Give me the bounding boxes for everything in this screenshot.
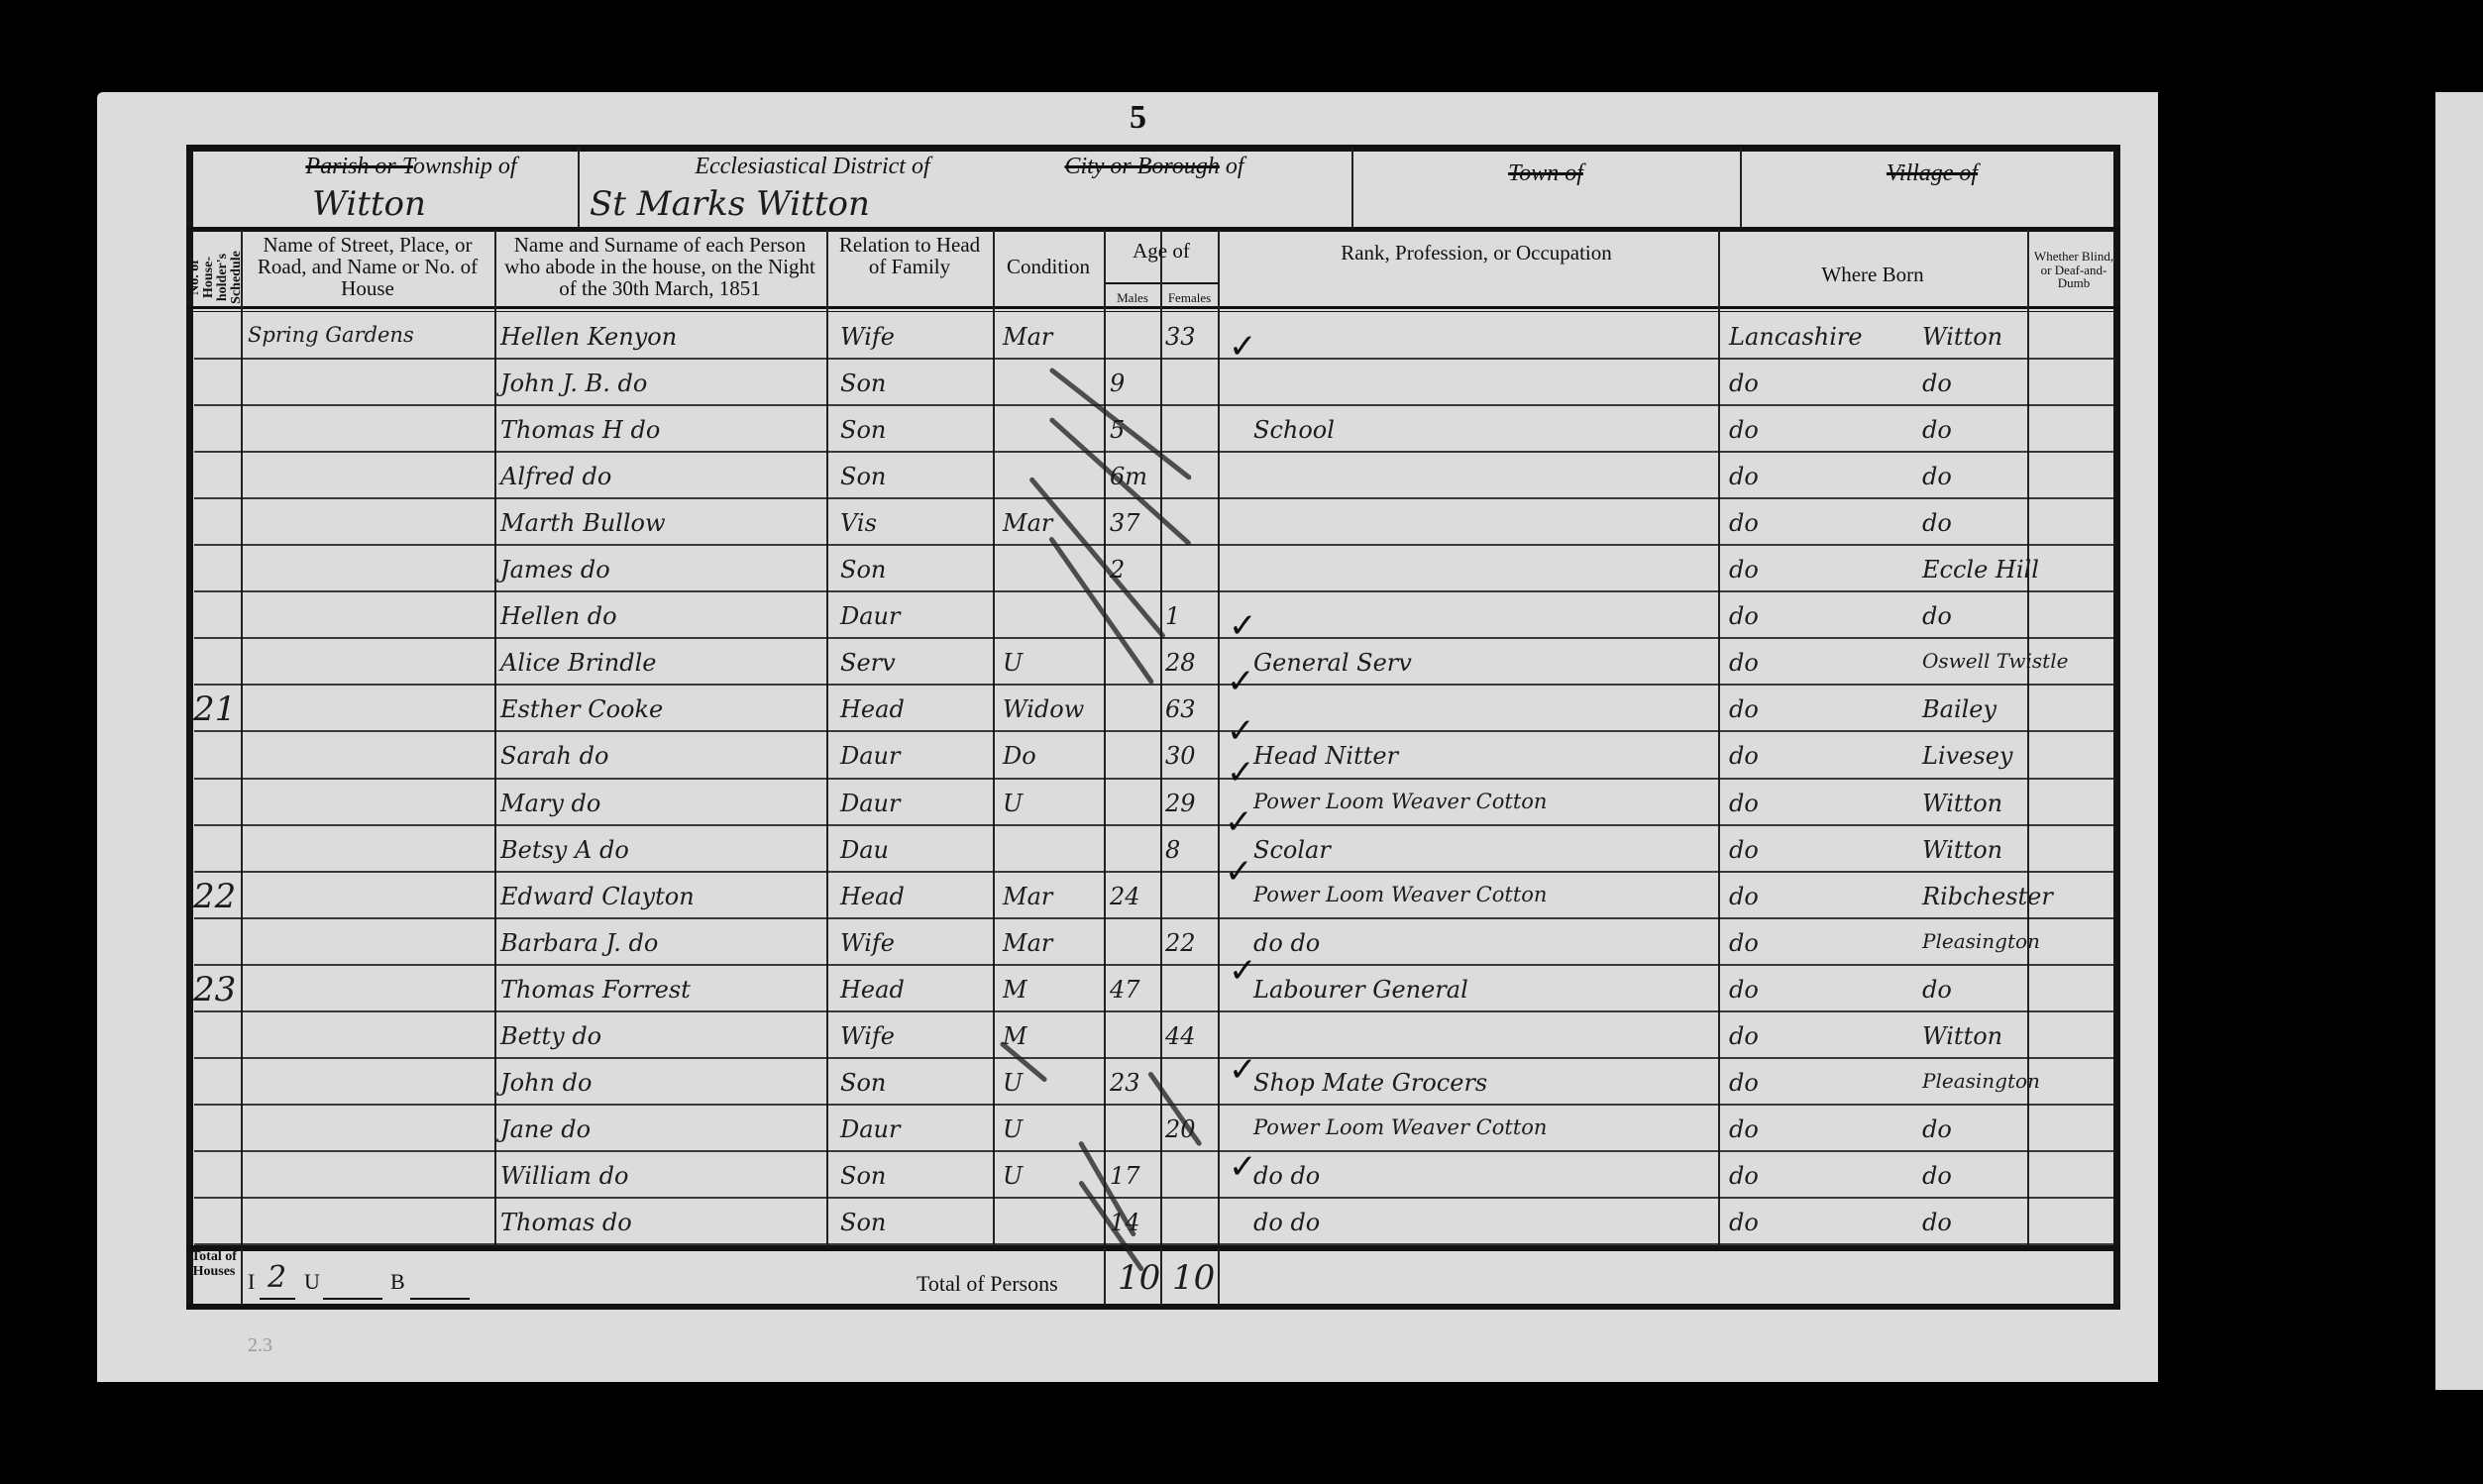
relation: Head [840,883,905,910]
census-table-frame [186,147,2120,1306]
ecclesiastical-label: Ecclesiastical District of [594,155,1030,179]
occupation: Power Loom Weaver Cotton [1253,1115,1547,1139]
female-age: 30 [1165,742,1196,770]
col-header-occupation: Rank, Profession, or Occupation [1298,242,1655,264]
relation: Son [840,1162,886,1190]
totals-age-divider [1218,1248,1220,1306]
totals-age-divider [1104,1248,1106,1306]
corner-mark: 2.3 [248,1335,272,1356]
female-age: 29 [1165,790,1196,817]
row-rule [194,1010,2116,1012]
col-header-age-of: Age of [1105,240,1218,262]
col-header-males: Males [1105,291,1160,305]
relation: Vis [840,509,877,537]
born-place: do [1922,370,1952,397]
total-houses-label: Total of Houses [188,1250,240,1279]
parish-struck: Parish or T [305,154,413,179]
person-name: Mary do [500,790,600,817]
rule-header-bottom [186,306,2120,309]
relation: Dau [840,836,889,864]
column-divider [826,230,828,1246]
person-name: William do [500,1162,628,1190]
male-age: 9 [1110,370,1125,397]
column-divider [1718,230,1720,1246]
ecclesiastical-value: St Marks Witton [590,184,870,224]
occupation: General Serv [1253,649,1412,677]
born-place: do [1922,1209,1952,1236]
occupation: Scolar [1253,836,1331,864]
female-age: 8 [1165,836,1180,864]
condition: U [1003,1115,1023,1143]
relation: Wife [840,323,895,351]
column-divider [2027,230,2029,1246]
relation: Daur [840,602,900,630]
col-header-schedule: No. of House-holder's Schedule [188,238,238,317]
male-age: 23 [1110,1069,1140,1097]
row-rule [194,917,2116,919]
row-rule [194,497,2116,499]
born-county: do [1729,836,1759,864]
born-place: do [1922,976,1952,1004]
city-rest: of [1220,154,1244,179]
person-name: John J. B. do [500,370,647,397]
born-place: Eccle Hill [1922,556,2039,583]
row-rule [194,358,2116,360]
relation: Son [840,416,886,444]
relation: Son [840,370,886,397]
born-county: do [1729,1115,1759,1143]
total-persons-label: Total of Persons [917,1272,1058,1295]
born-county: do [1729,1162,1759,1190]
born-county: do [1729,1069,1759,1097]
title-divider [1740,149,1742,228]
relation: Son [840,463,886,490]
building-line [410,1298,470,1300]
relation: Daur [840,742,900,770]
column-divider [993,230,995,1246]
uninhabited-line [323,1298,382,1300]
person-name: Esther Cooke [500,695,663,723]
born-place: do [1922,1162,1952,1190]
born-county: do [1729,742,1759,770]
check-mark-icon: ✓ [1229,1050,1257,1090]
born-place: do [1922,463,1952,490]
born-county: do [1729,602,1759,630]
person-name: Thomas H do [500,416,660,444]
inhabited-value: 2 [268,1260,286,1295]
uninhabited-label: U [304,1270,320,1293]
condition: Mar [1003,929,1052,957]
totals-age-divider [1160,1248,1162,1306]
row-rule [194,964,2116,966]
relation: Son [840,1069,886,1097]
column-divider [494,230,496,1246]
check-mark-icon: ✓ [1229,1147,1257,1187]
born-place: Witton [1922,323,2002,351]
check-mark-icon: ✓ [1229,327,1257,367]
born-place: Bailey [1922,695,1997,723]
female-age: 44 [1165,1022,1196,1050]
relation: Daur [840,1115,900,1143]
born-place: Witton [1922,836,2002,864]
title-divider [1351,149,1353,228]
row-rule [194,590,2116,592]
schedule-number: 22 [193,877,236,916]
relation: Son [840,1209,886,1236]
born-place: Pleasington [1922,1069,2040,1093]
person-name: James do [500,556,610,583]
condition: Mar [1003,883,1052,910]
female-age: 63 [1165,695,1196,723]
born-county: do [1729,976,1759,1004]
condition: U [1003,649,1023,677]
condition: Mar [1003,509,1052,537]
males-total: 10 [1118,1258,1160,1298]
occupation: Head Nitter [1253,742,1398,770]
female-age: 1 [1165,602,1180,630]
born-county: Lancashire [1729,323,1863,351]
column-divider [1218,230,1220,1246]
occupation: do do [1253,1209,1320,1236]
row-rule [194,871,2116,873]
born-place: Pleasington [1922,929,2040,953]
col-header-condition: Condition [994,256,1103,277]
col-header-blind: Whether Blind, or Deaf-and-Dumb [2031,250,2116,290]
condition: U [1003,790,1023,817]
schedule-number: 21 [193,689,236,729]
row-rule [194,404,2116,406]
occupation: do do [1253,1162,1320,1190]
row-rule [194,778,2116,780]
born-county: do [1729,416,1759,444]
city-label: City or Borough of [966,155,1343,179]
relation: Wife [840,1022,895,1050]
person-name: Barbara J. do [500,929,658,957]
page-number: 5 [1130,99,1146,137]
check-mark-icon: ✓ [1229,951,1257,991]
row-rule [194,1197,2116,1199]
occupation: do do [1253,929,1320,957]
born-county: do [1729,1022,1759,1050]
person-name: Betsy A do [500,836,629,864]
rule-rows-bottom [186,1245,2120,1251]
born-county: do [1729,509,1759,537]
born-place: do [1922,416,1952,444]
born-county: do [1729,370,1759,397]
female-age: 28 [1165,649,1196,677]
row-rule [194,1057,2116,1059]
relation: Wife [840,929,895,957]
person-name: Jane do [500,1115,591,1143]
col-header-females: Females [1161,291,1218,305]
condition: M [1003,976,1027,1004]
female-age: 33 [1165,323,1196,351]
relation: Head [840,695,905,723]
schedule-number: 23 [193,970,236,1009]
born-county: do [1729,790,1759,817]
title-divider [578,149,580,228]
totals-divider [241,1248,243,1306]
females-total: 10 [1172,1258,1215,1298]
rule-totals-bottom [186,1304,2120,1310]
born-place: do [1922,509,1952,537]
check-mark-icon: ✓ [1227,711,1255,751]
village-label: Village of [1739,161,2125,186]
male-age: 47 [1110,976,1140,1004]
born-county: do [1729,1209,1759,1236]
relation: Daur [840,790,900,817]
col-header-street: Name of Street, Place, or Road, and Name… [243,234,492,299]
row-rule [194,544,2116,546]
occupation: Power Loom Weaver Cotton [1253,883,1547,906]
rule-top [186,145,2120,152]
female-age: 22 [1165,929,1196,957]
born-county: do [1729,695,1759,723]
check-mark-icon: ✓ [1229,606,1257,646]
col-header-relation: Relation to Head of Family [828,234,991,277]
parish-label: Parish or Township of [248,155,575,179]
condition: Mar [1003,323,1052,351]
person-name: Sarah do [500,742,608,770]
adjacent-page-edge [2435,92,2483,1390]
male-age: 24 [1110,883,1140,910]
column-divider [1104,230,1106,1246]
relation: Head [840,976,905,1004]
check-mark-icon: ✓ [1227,753,1255,793]
check-mark-icon: ✓ [1227,662,1255,701]
born-place: Witton [1922,1022,2002,1050]
male-age: 37 [1110,509,1140,537]
inhabited-line [260,1298,295,1300]
born-place: Ribchester [1922,883,2053,910]
born-county: do [1729,649,1759,677]
person-name: Hellen do [500,602,617,630]
occupation: School [1253,416,1335,444]
person-name: Alfred do [500,463,611,490]
row-rule [194,637,2116,639]
col-header-where-born: Where Born [1720,264,2025,285]
parish-rest: ownship of [413,154,517,179]
rule-header-double [186,311,2120,312]
city-struck: City or Borough [1064,154,1219,179]
male-age: 17 [1110,1162,1140,1190]
born-county: do [1729,556,1759,583]
building-label: B [390,1270,405,1293]
rule-title-bottom [186,227,2120,232]
town-label: Town of [1352,161,1739,186]
born-county: do [1729,929,1759,957]
condition: U [1003,1162,1023,1190]
occupation: Shop Mate Grocers [1253,1069,1487,1097]
born-place: do [1922,602,1952,630]
row-rule [194,730,2116,732]
check-mark-icon: ✓ [1225,852,1253,892]
person-name: Alice Brindle [500,649,656,677]
person-name: Marth Bullow [500,509,666,537]
condition: Widow [1003,695,1084,723]
person-name: Hellen Kenyon [500,323,677,351]
col-header-name: Name and Surname of each Person who abod… [495,234,824,299]
person-name: John do [500,1069,592,1097]
person-name: Thomas do [500,1209,632,1236]
relation: Serv [840,649,896,677]
condition: Do [1003,742,1036,770]
born-place: Witton [1922,790,2002,817]
check-mark-icon: ✓ [1225,802,1253,842]
person-name: Betty do [500,1022,601,1050]
occupation: Labourer General [1253,976,1468,1004]
born-place: Livesey [1922,742,2012,770]
born-place: do [1922,1115,1952,1143]
row-rule [194,1104,2116,1106]
row-rule [194,684,2116,686]
inhabited-label: I [248,1270,255,1293]
street-name: Spring Gardens [248,323,414,347]
born-county: do [1729,883,1759,910]
parish-value: Witton [312,184,426,224]
person-name: Edward Clayton [500,883,695,910]
condition: U [1003,1069,1023,1097]
row-rule [194,824,2116,826]
occupation: Power Loom Weaver Cotton [1253,790,1547,813]
relation: Son [840,556,886,583]
row-rule [194,1243,2116,1245]
born-county: do [1729,463,1759,490]
row-rule [194,1150,2116,1152]
column-divider [241,230,243,1246]
born-place: Oswell Twistle [1922,649,2068,673]
person-name: Thomas Forrest [500,976,691,1004]
